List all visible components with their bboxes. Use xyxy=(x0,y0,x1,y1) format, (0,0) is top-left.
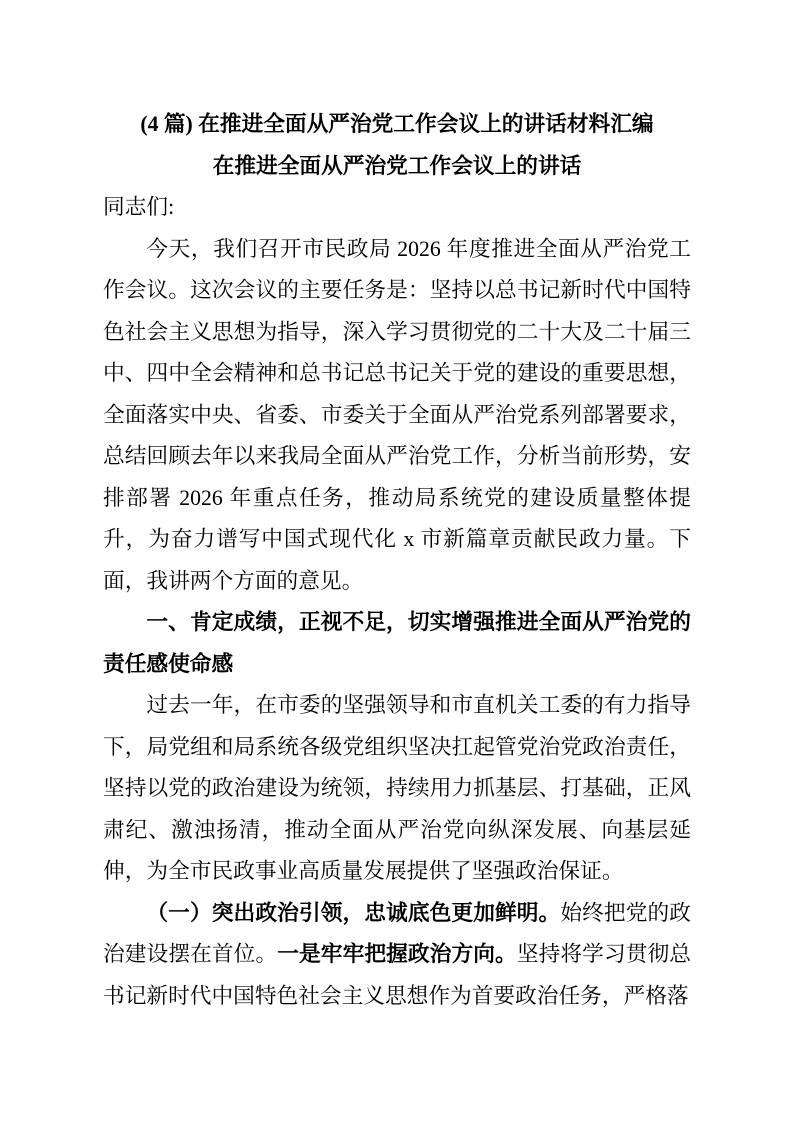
salutation: 同志们: xyxy=(103,187,691,229)
text-segment: （一）突出政治引领，忠诚底色更加鲜明。 xyxy=(146,901,560,925)
text-segment: 过去一年，在市委的坚强领导和市直机关工委的有力指导下，局党组和局系统各级党组织坚… xyxy=(103,693,691,883)
document-page: (4 篇) 在推进全面从严治党工作会议上的讲话材料汇编在推进全面从严治党工作会议… xyxy=(0,0,793,1122)
text-segment: (4 篇) 在推进全面从严治党工作会议上的讲话材料汇编 xyxy=(140,112,653,136)
paragraph-subsection-1: （一）突出政治引领，忠诚底色更加鲜明。始终把党的政治建设摆在首位。一是牢牢把握政… xyxy=(103,893,691,1018)
doc-subtitle: 在推进全面从严治党工作会议上的讲话 xyxy=(103,146,691,188)
text-segment: 在推进全面从严治党工作会议上的讲话 xyxy=(213,154,582,178)
paragraph-review: 过去一年，在市委的坚强领导和市直机关工委的有力指导下，局党组和局系统各级党组织坚… xyxy=(103,685,691,893)
text-segment: 今天，我们召开市民政局 2026 年度推进全面从严治党工作会议。这次会议的主要任… xyxy=(103,237,691,593)
document-content: (4 篇) 在推进全面从严治党工作会议上的讲话材料汇编在推进全面从严治党工作会议… xyxy=(0,0,793,1017)
doc-title: (4 篇) 在推进全面从严治党工作会议上的讲话材料汇编 xyxy=(103,104,691,146)
paragraph-intro: 今天，我们召开市民政局 2026 年度推进全面从严治党工作会议。这次会议的主要任… xyxy=(103,229,691,603)
text-segment: 一、肯定成绩，正视不足，切实增强推进全面从严治党的责任感使命感 xyxy=(103,610,691,676)
text-segment: 同志们: xyxy=(103,195,174,219)
section-heading-1: 一、肯定成绩，正视不足，切实增强推进全面从严治党的责任感使命感 xyxy=(103,602,691,685)
text-segment: 一是牢牢把握政治方向。 xyxy=(277,942,517,966)
